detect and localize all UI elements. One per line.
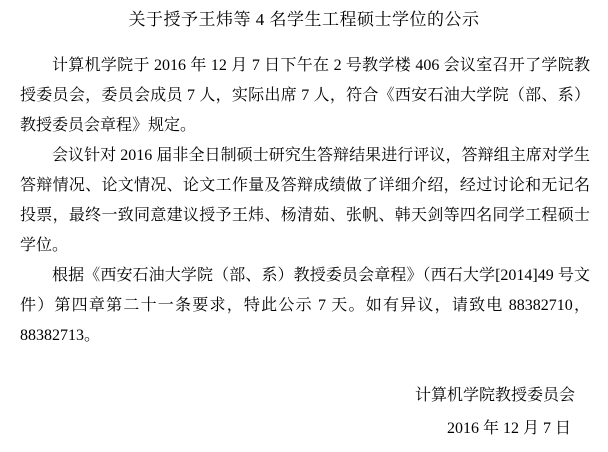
document-body: 计算机学院于 2016 年 12 月 7 日下午在 2 号教学楼 406 会议室… [0, 51, 608, 351]
body-paragraph-meeting: 计算机学院于 2016 年 12 月 7 日下午在 2 号教学楼 406 会议室… [20, 51, 590, 141]
announcement-page: 关于授予王炜等 4 名学生工程硕士学位的公示 计算机学院于 2016 年 12 … [0, 0, 608, 452]
body-paragraph-notice: 根据《西安石油大学院（部、系）教授委员会章程》（西石大学[2014]49 号文件… [20, 261, 590, 351]
date-line: 2016 年 12 月 7 日 [0, 412, 575, 445]
signature-line: 计算机学院教授委员会 [0, 379, 575, 412]
body-paragraph-review: 会议针对 2016 届非全日制硕士研究生答辩结果进行评议，答辩组主席对学生答辩情… [20, 141, 590, 261]
signature-block: 计算机学院教授委员会 2016 年 12 月 7 日 [0, 379, 608, 445]
document-title: 关于授予王炜等 4 名学生工程硕士学位的公示 [0, 0, 608, 35]
